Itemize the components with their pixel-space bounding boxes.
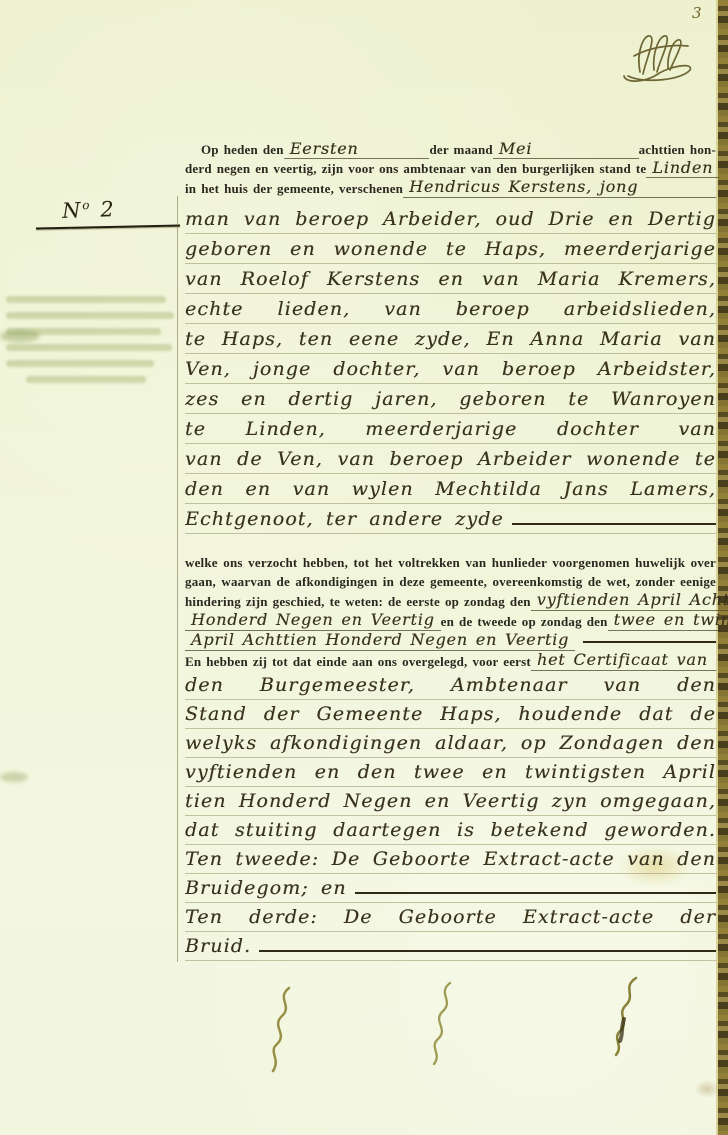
act-number-underline bbox=[36, 224, 180, 229]
folio-number: 3 bbox=[692, 4, 703, 22]
entry-place: Linden bbox=[646, 158, 719, 178]
handwritten-line: tien Honderd Negen en Veertig zyn omgega… bbox=[185, 787, 716, 816]
documents-intro-line: En hebben zij tot dat einde aan ons over… bbox=[185, 651, 716, 671]
form-line-place: derd negen en veertig, zijn voor ons amb… bbox=[185, 159, 716, 178]
handwritten-line: den en van wylen Mechtilda Jans Lamers, … bbox=[185, 474, 716, 504]
handwritten-line: Ten derde: De Geboorte Extract-acte der bbox=[185, 903, 716, 932]
handwritten-line: man van beroep Arbeider, oud Drie en Der… bbox=[185, 204, 716, 234]
margin-rule bbox=[177, 196, 178, 962]
handwritten-line: Echtgenoot, ter andere zyde bbox=[185, 504, 716, 534]
ink-squiggle bbox=[424, 980, 464, 1072]
handwritten-text: Echtgenoot, ter andere zyde bbox=[185, 504, 504, 533]
handwritten-text: Bruidegom; en bbox=[185, 874, 347, 902]
handwritten-line: Bruidegom; en bbox=[185, 874, 716, 903]
handwritten-line: Stand der Gemeente Haps, houdende dat de… bbox=[185, 700, 716, 729]
ink-squiggle bbox=[600, 975, 644, 1063]
printed-text: der maand bbox=[429, 140, 492, 159]
banns-second-date-line: Honderd Negen en Veertig en de tweede op… bbox=[185, 611, 716, 631]
show-through-text bbox=[6, 296, 176, 392]
printed-banns-line: gaan, waarvan de afkondigingen in deze g… bbox=[185, 572, 716, 591]
parties-handwritten-block: man van beroep Arbeider, oud Drie en Der… bbox=[185, 204, 716, 534]
closing-rule bbox=[575, 631, 716, 651]
act-text-body: Op heden den Eersten der maand Mei achtt… bbox=[185, 140, 716, 961]
ink-smudge bbox=[0, 330, 40, 342]
handwritten-line: te Haps, ten eene zyde, En Anna Maria va… bbox=[185, 324, 716, 354]
handwritten-line: zes en dertig jaren, geboren te Wanroyen… bbox=[185, 384, 716, 414]
form-line-appeared: in het huis der gemeente, verschenen Hen… bbox=[185, 178, 716, 198]
printed-text: welke ons verzocht hebben, tot het voltr… bbox=[185, 555, 716, 572]
entry-banns-date1: vyftienden April Achttien bbox=[531, 590, 728, 611]
entry-first-document: het Certificaat van bbox=[531, 650, 716, 671]
printed-banns-line: welke ons verzocht hebben, tot het voltr… bbox=[185, 553, 716, 572]
handwritten-line: geboren en wonende te Haps, meerderjarig… bbox=[185, 234, 716, 264]
handwritten-line: te Linden, meerderjarige dochter van Ber… bbox=[185, 414, 716, 444]
printed-text: hindering zijn geschied, te weten: de ee… bbox=[185, 592, 531, 611]
entry-month: Mei bbox=[493, 139, 639, 159]
closing-rule bbox=[504, 504, 716, 533]
ink-smudge bbox=[0, 772, 28, 782]
printed-text: achttien hon- bbox=[639, 140, 716, 159]
handwritten-line: dat stuiting daartegen is betekend gewor… bbox=[185, 816, 716, 845]
act-number: No 2 bbox=[61, 191, 116, 224]
printed-text: derd negen en veertig, zijn voor ons amb… bbox=[185, 159, 646, 178]
banns-date-continuation: April Achttien Honderd Negen en Veertig bbox=[185, 631, 716, 651]
handwritten-line: echte lieden, van beroep arbeidslieden, … bbox=[185, 294, 716, 324]
handwritten-line: Ven, jonge dochter, van beroep Arbeidste… bbox=[185, 354, 716, 384]
printed-text: en de tweede op zondag den bbox=[441, 612, 608, 631]
handwritten-line: vyftienden en den twee en twintigsten Ap… bbox=[185, 758, 716, 787]
handwritten-line: van de Ven, van beroep Arbeider wonende … bbox=[185, 444, 716, 474]
entry-banns-date2-continued: April Achttien Honderd Negen en Veertig bbox=[185, 630, 575, 651]
banns-first-date-line: hindering zijn geschied, te weten: de ee… bbox=[185, 591, 716, 611]
handwritten-line: welyks afkondigingen aldaar, op Zondagen… bbox=[185, 729, 716, 758]
printed-text: En hebben zij tot dat einde aan ons over… bbox=[185, 652, 531, 671]
closing-rule bbox=[347, 874, 716, 902]
handwritten-line: Ten tweede: De Geboorte Extract-acte van… bbox=[185, 845, 716, 874]
handwritten-text: Bruid. bbox=[185, 932, 251, 960]
documents-handwritten-block: den Burgemeester, Ambtenaar van den Burg… bbox=[185, 671, 716, 961]
entry-groom-name: Hendricus Kerstens, jong bbox=[403, 177, 716, 198]
entry-day: Eersten bbox=[284, 139, 430, 159]
handwritten-line: van Roelof Kerstens en van Maria Kremers… bbox=[185, 264, 716, 294]
entry-banns-date1-continued: Honderd Negen en Veertig bbox=[185, 610, 441, 631]
printed-text: in het huis der gemeente, verschenen bbox=[185, 179, 403, 198]
act-number-superscript: o bbox=[82, 198, 92, 212]
handwritten-line: den Burgemeester, Ambtenaar van den Burg… bbox=[185, 671, 716, 700]
marriage-act-page: 3 No 2 Op heden den Eersten der maand Me… bbox=[0, 0, 728, 1135]
ink-squiggle bbox=[262, 985, 302, 1077]
closing-rule bbox=[251, 932, 716, 960]
handwritten-line: Bruid. bbox=[185, 932, 716, 961]
form-line-date: Op heden den Eersten der maand Mei achtt… bbox=[185, 140, 716, 159]
printed-text: Op heden den bbox=[185, 140, 284, 159]
paper-stain bbox=[694, 1080, 720, 1098]
paraph-flourish-icon bbox=[610, 26, 710, 84]
printed-text: gaan, waarvan de afkondigingen in deze g… bbox=[185, 574, 716, 591]
entry-banns-date2: twee en twintigsten bbox=[608, 610, 728, 631]
